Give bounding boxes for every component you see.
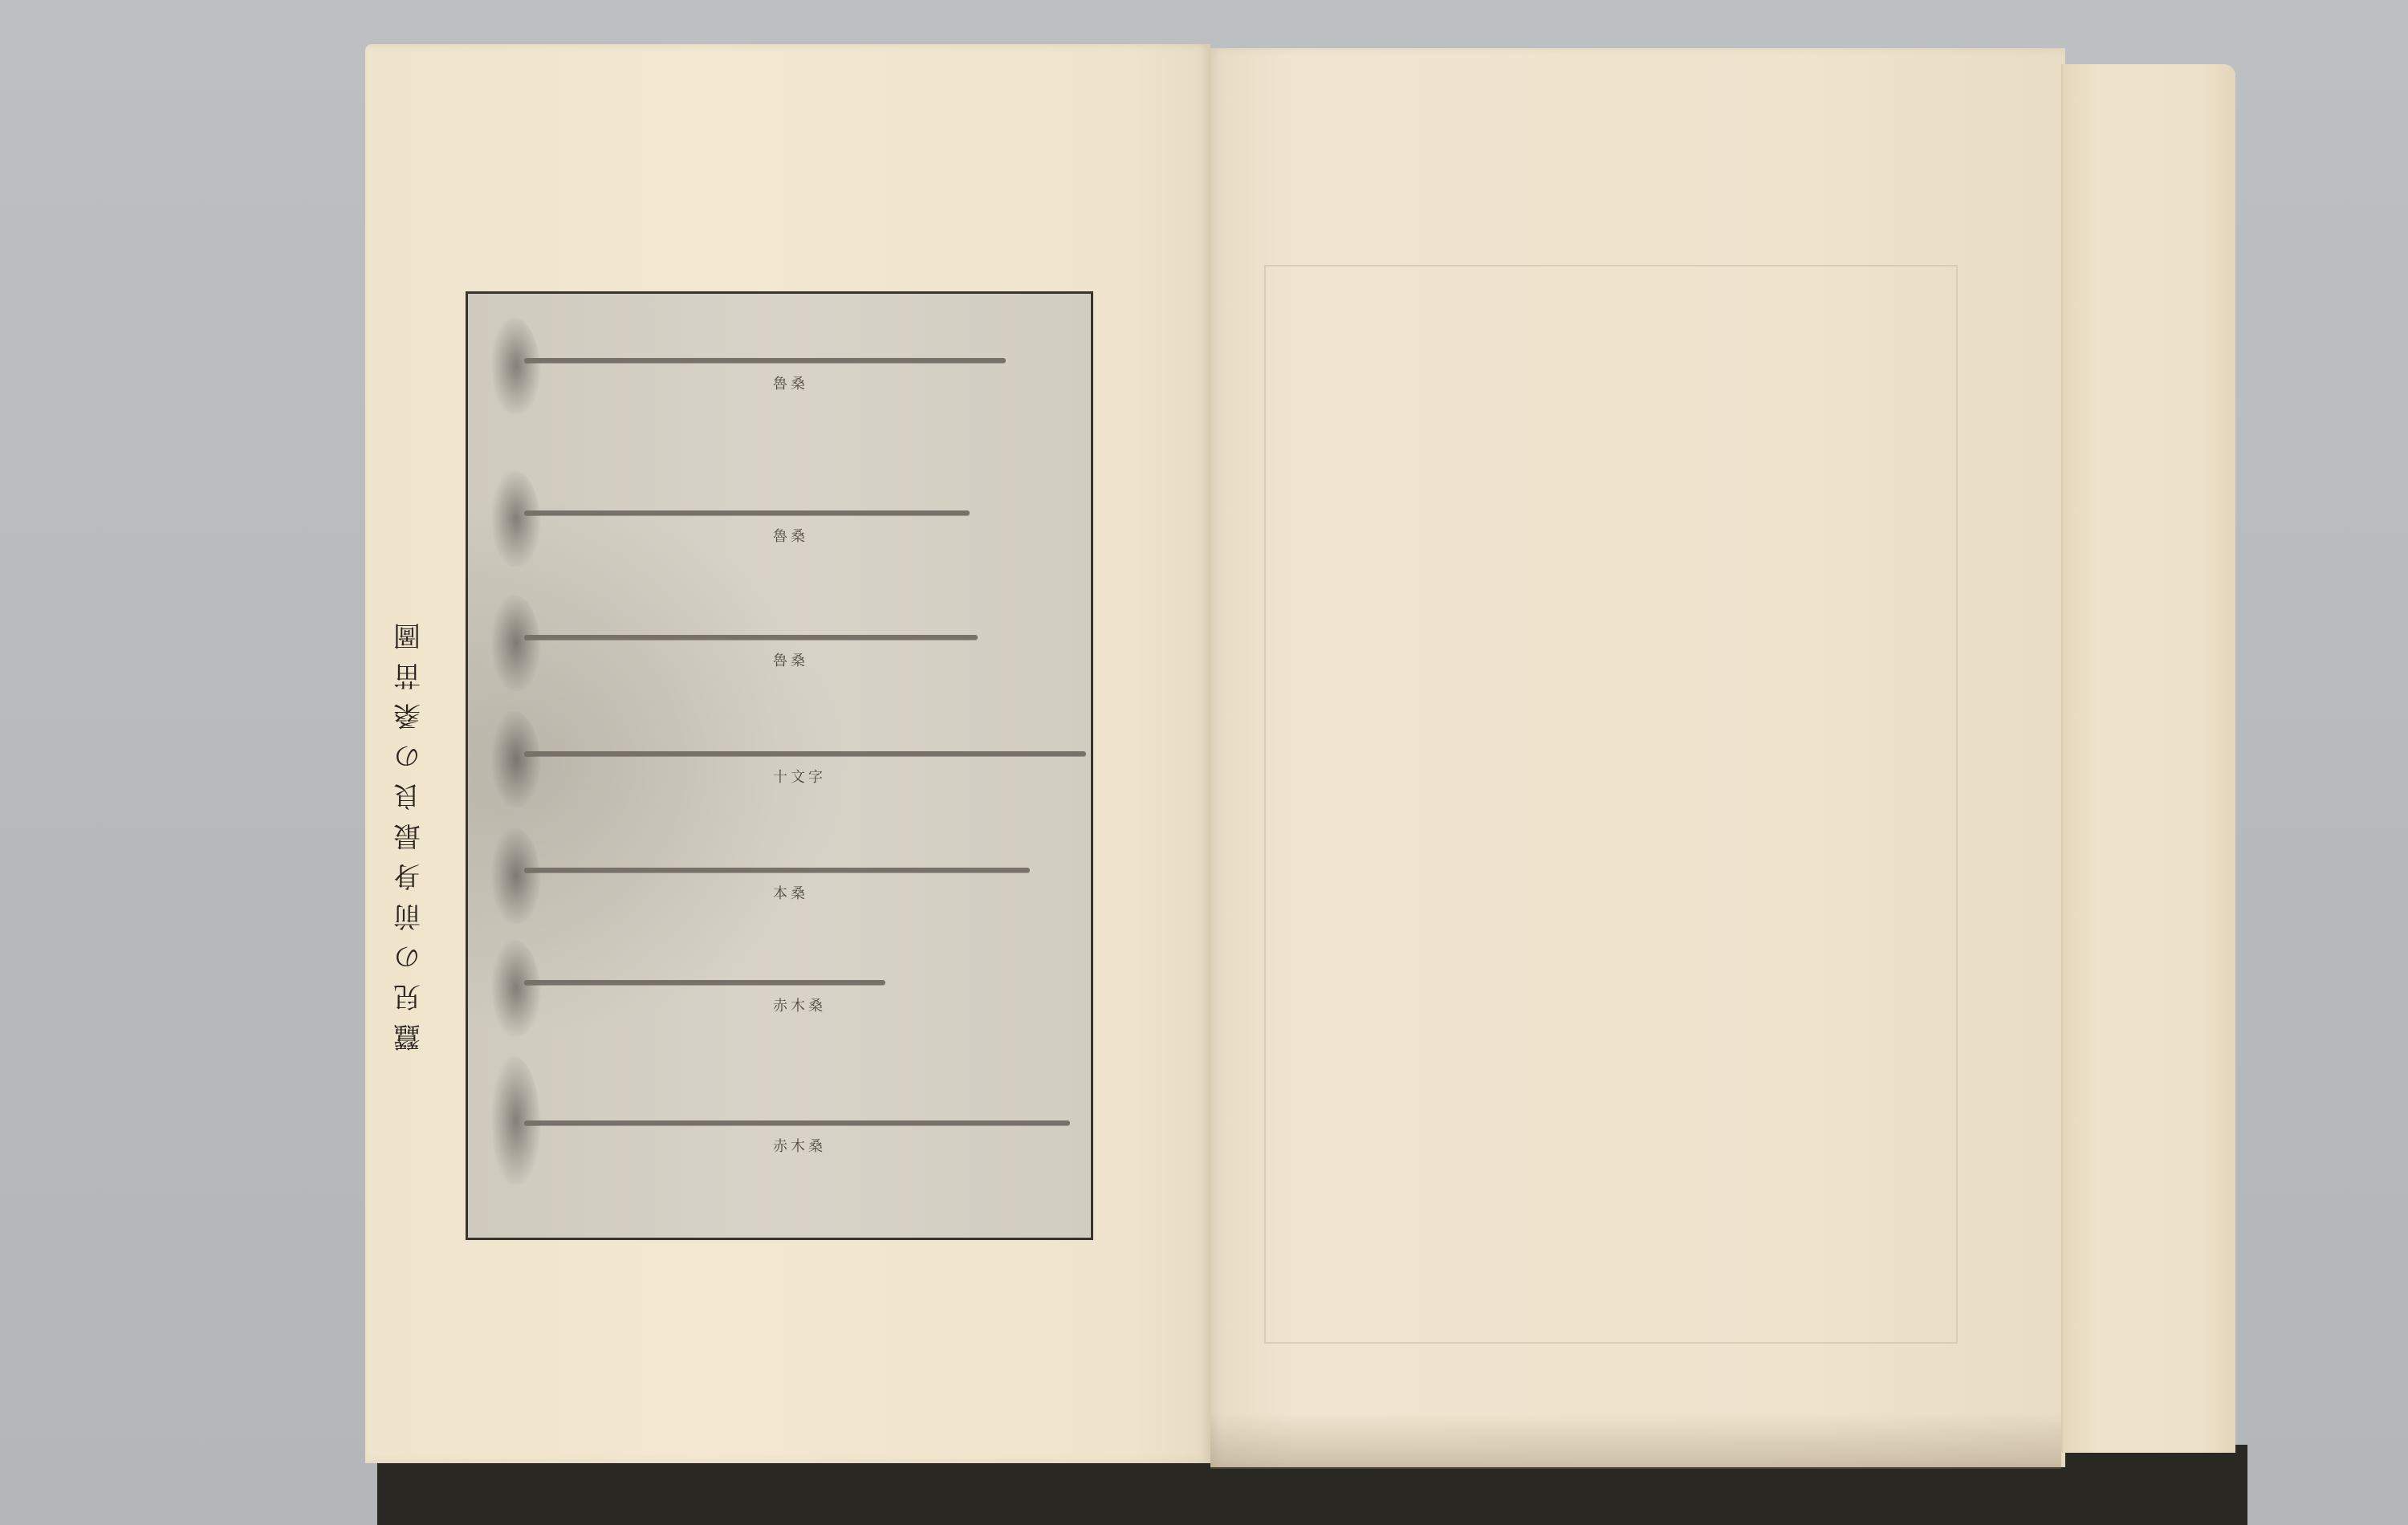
stem [524, 868, 1030, 872]
seedling-label: 赤木桑 [773, 1135, 826, 1154]
page-stain [1210, 1413, 2061, 1469]
seedling-label: 魯桑 [773, 525, 808, 544]
seedling-5: 本桑 [468, 868, 1091, 932]
seedling-2: 魯桑 [468, 510, 1091, 575]
seedling-label: 十文字 [773, 766, 826, 785]
stem [524, 358, 1006, 363]
stem [524, 510, 970, 515]
stem [524, 980, 885, 985]
seedling-label: 魯桑 [773, 649, 808, 669]
stem [524, 635, 978, 640]
seedling-6: 赤木桑 [468, 980, 1091, 1044]
embossed-frame [1264, 265, 1958, 1344]
seedling-plate: 魯桑 魯桑 魯桑 十文字 本桑 赤木桑 赤木桑 [466, 291, 1093, 1240]
stem [524, 751, 1086, 756]
seedling-7: 赤木桑 [468, 1120, 1091, 1185]
seedling-3: 魯桑 [468, 635, 1091, 699]
seedling-1: 魯桑 [468, 358, 1091, 422]
seedling-label: 本桑 [773, 882, 808, 901]
plate-caption: 蠶兒の前身最良の桑苗圖 [392, 526, 427, 1136]
page-flap [2061, 64, 2235, 1453]
stem [524, 1120, 1070, 1125]
seedling-4: 十文字 [468, 751, 1091, 815]
seedling-label: 赤木桑 [773, 994, 826, 1014]
seedling-label: 魯桑 [773, 372, 808, 392]
